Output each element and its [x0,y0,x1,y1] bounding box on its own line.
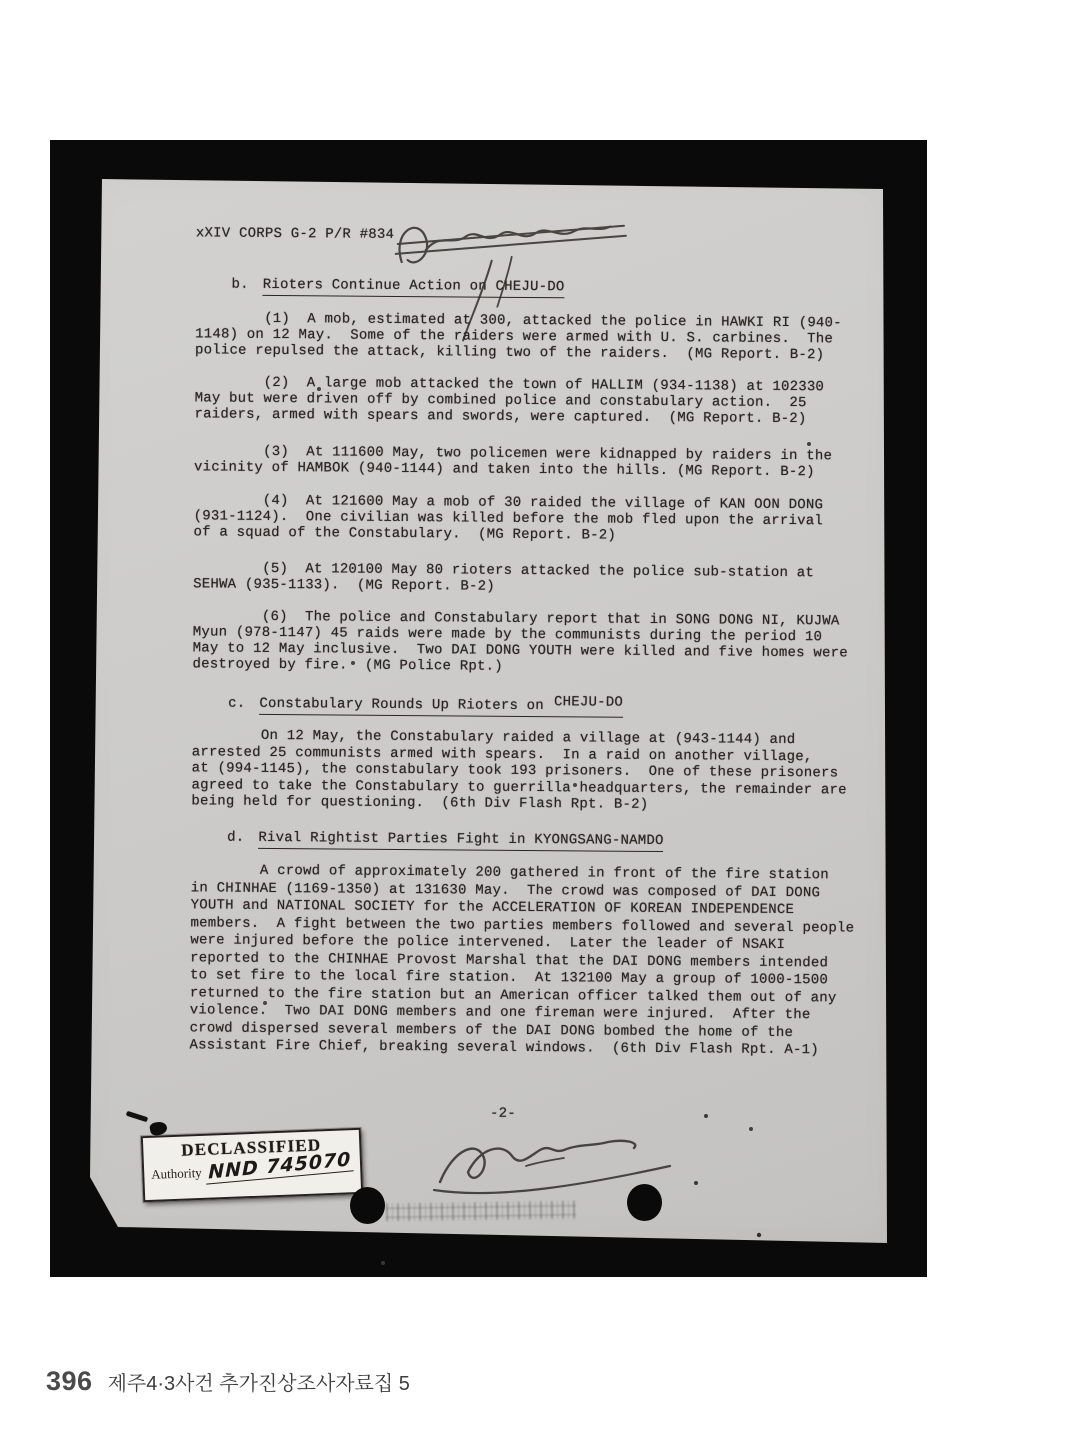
declassified-stamp: DECLASSIFIED AuthorityNND 745070 [141,1128,363,1202]
report-paragraph-b1: (1) A mob, estimated at 300, attacked th… [195,310,842,363]
paper-speckles [50,140,52,142]
book-title: 제주4·3사건 추가진상조사자료집 5 [108,1373,410,1395]
section-prefix-b: b. [231,277,248,293]
report-paragraph-b6: (6) The police and Constabulary report t… [192,608,848,677]
section-heading-c: c.Constabulary Rounds Up Rioters onCHEJU… [228,696,623,715]
section-prefix-c: c. [228,696,245,712]
report-paragraph-c1: On 12 May, the Constabulary raided a vil… [191,727,847,815]
document-content: xXIV CORPS G-2 P/R #834 b.Rioters Contin… [50,140,927,1277]
report-paragraph-b2: (2) A large mob attacked the town of HAL… [194,374,824,427]
report-paragraph-b5: (5) At 120100 May 80 rioters attacked th… [193,560,814,597]
scanned-page-area: xXIV CORPS G-2 P/R #834 b.Rioters Contin… [50,140,927,1277]
section-prefix-d: d. [227,830,244,846]
report-header: xXIV CORPS G-2 P/R #834 [196,225,394,243]
punch-hole-left [350,1187,385,1224]
report-paragraph-b3: (3) At 111600 May, two policemen were ki… [194,443,832,480]
book-page-number: 396 [46,1366,93,1396]
punch-hole-right [627,1184,662,1221]
report-paragraph-d1: A crowd of approximately 200 gathered in… [189,862,854,1060]
section-heading-d: d.Rival Rightist Parties Fight in KYONGS… [227,830,664,849]
section-heading-b: b.Rioters Continue Action on CHEJU-DO [231,277,564,296]
section-title-c-raised: CHEJU-DO [554,694,623,711]
report-paragraph-b4: (4) At 121600 May a mob of 30 raided the… [193,492,823,545]
authority-label: Authority [151,1165,202,1182]
ink-smudge-streak [386,1201,576,1222]
section-title-b: Rioters Continue Action on CHEJU-DO [263,277,565,295]
section-title-d: Rival Rightist Parties Fight in KYONGSAN… [258,830,663,849]
section-title-c: Constabulary Rounds Up Rioters on [259,696,544,714]
book-footer: 396제주4·3사건 추가진상조사자료집 5 [46,1366,410,1397]
typed-page-number: -2- [490,1106,516,1122]
